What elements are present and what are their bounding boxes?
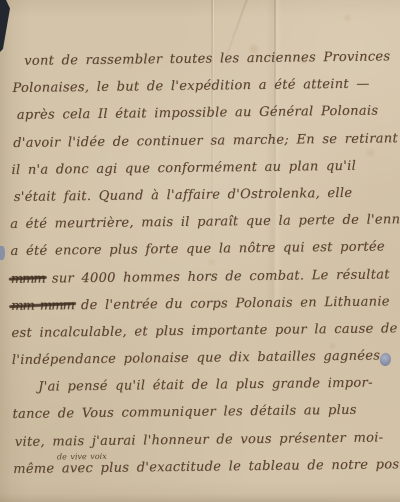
foxing-stain — [342, 14, 353, 22]
interline-insertion: de vive voix — [57, 443, 107, 471]
letter-photo: vont de rassembler toutes les anciennes … — [0, 0, 400, 502]
manuscript-line: mmmsur 4000 hommes hors de combat. Le ré… — [11, 261, 400, 293]
manuscript-line: tance de Vous communiquer les détails au… — [12, 397, 400, 429]
struck-out-word: mm mmm — [11, 292, 74, 320]
struck-out-word: mmm — [11, 265, 45, 293]
manuscript-line: de vive voixmême avec plus d'exactitude … — [13, 451, 400, 483]
manuscript-line: a été encore plus forte que la nôtre qui… — [10, 234, 400, 266]
page-corner-shadow — [0, 0, 10, 52]
manuscript-line-text: de l'entrée du corps Polonais en Lithuan… — [81, 294, 390, 313]
letter-body-text: vont de rassembler toutes les anciennes … — [8, 43, 400, 483]
manuscript-line: après cela Il était impossible au Généra… — [9, 98, 400, 130]
blue-edge-mark — [0, 246, 5, 260]
manuscript-line-text: sur 4000 hommes hors de combat. Le résul… — [52, 267, 390, 286]
